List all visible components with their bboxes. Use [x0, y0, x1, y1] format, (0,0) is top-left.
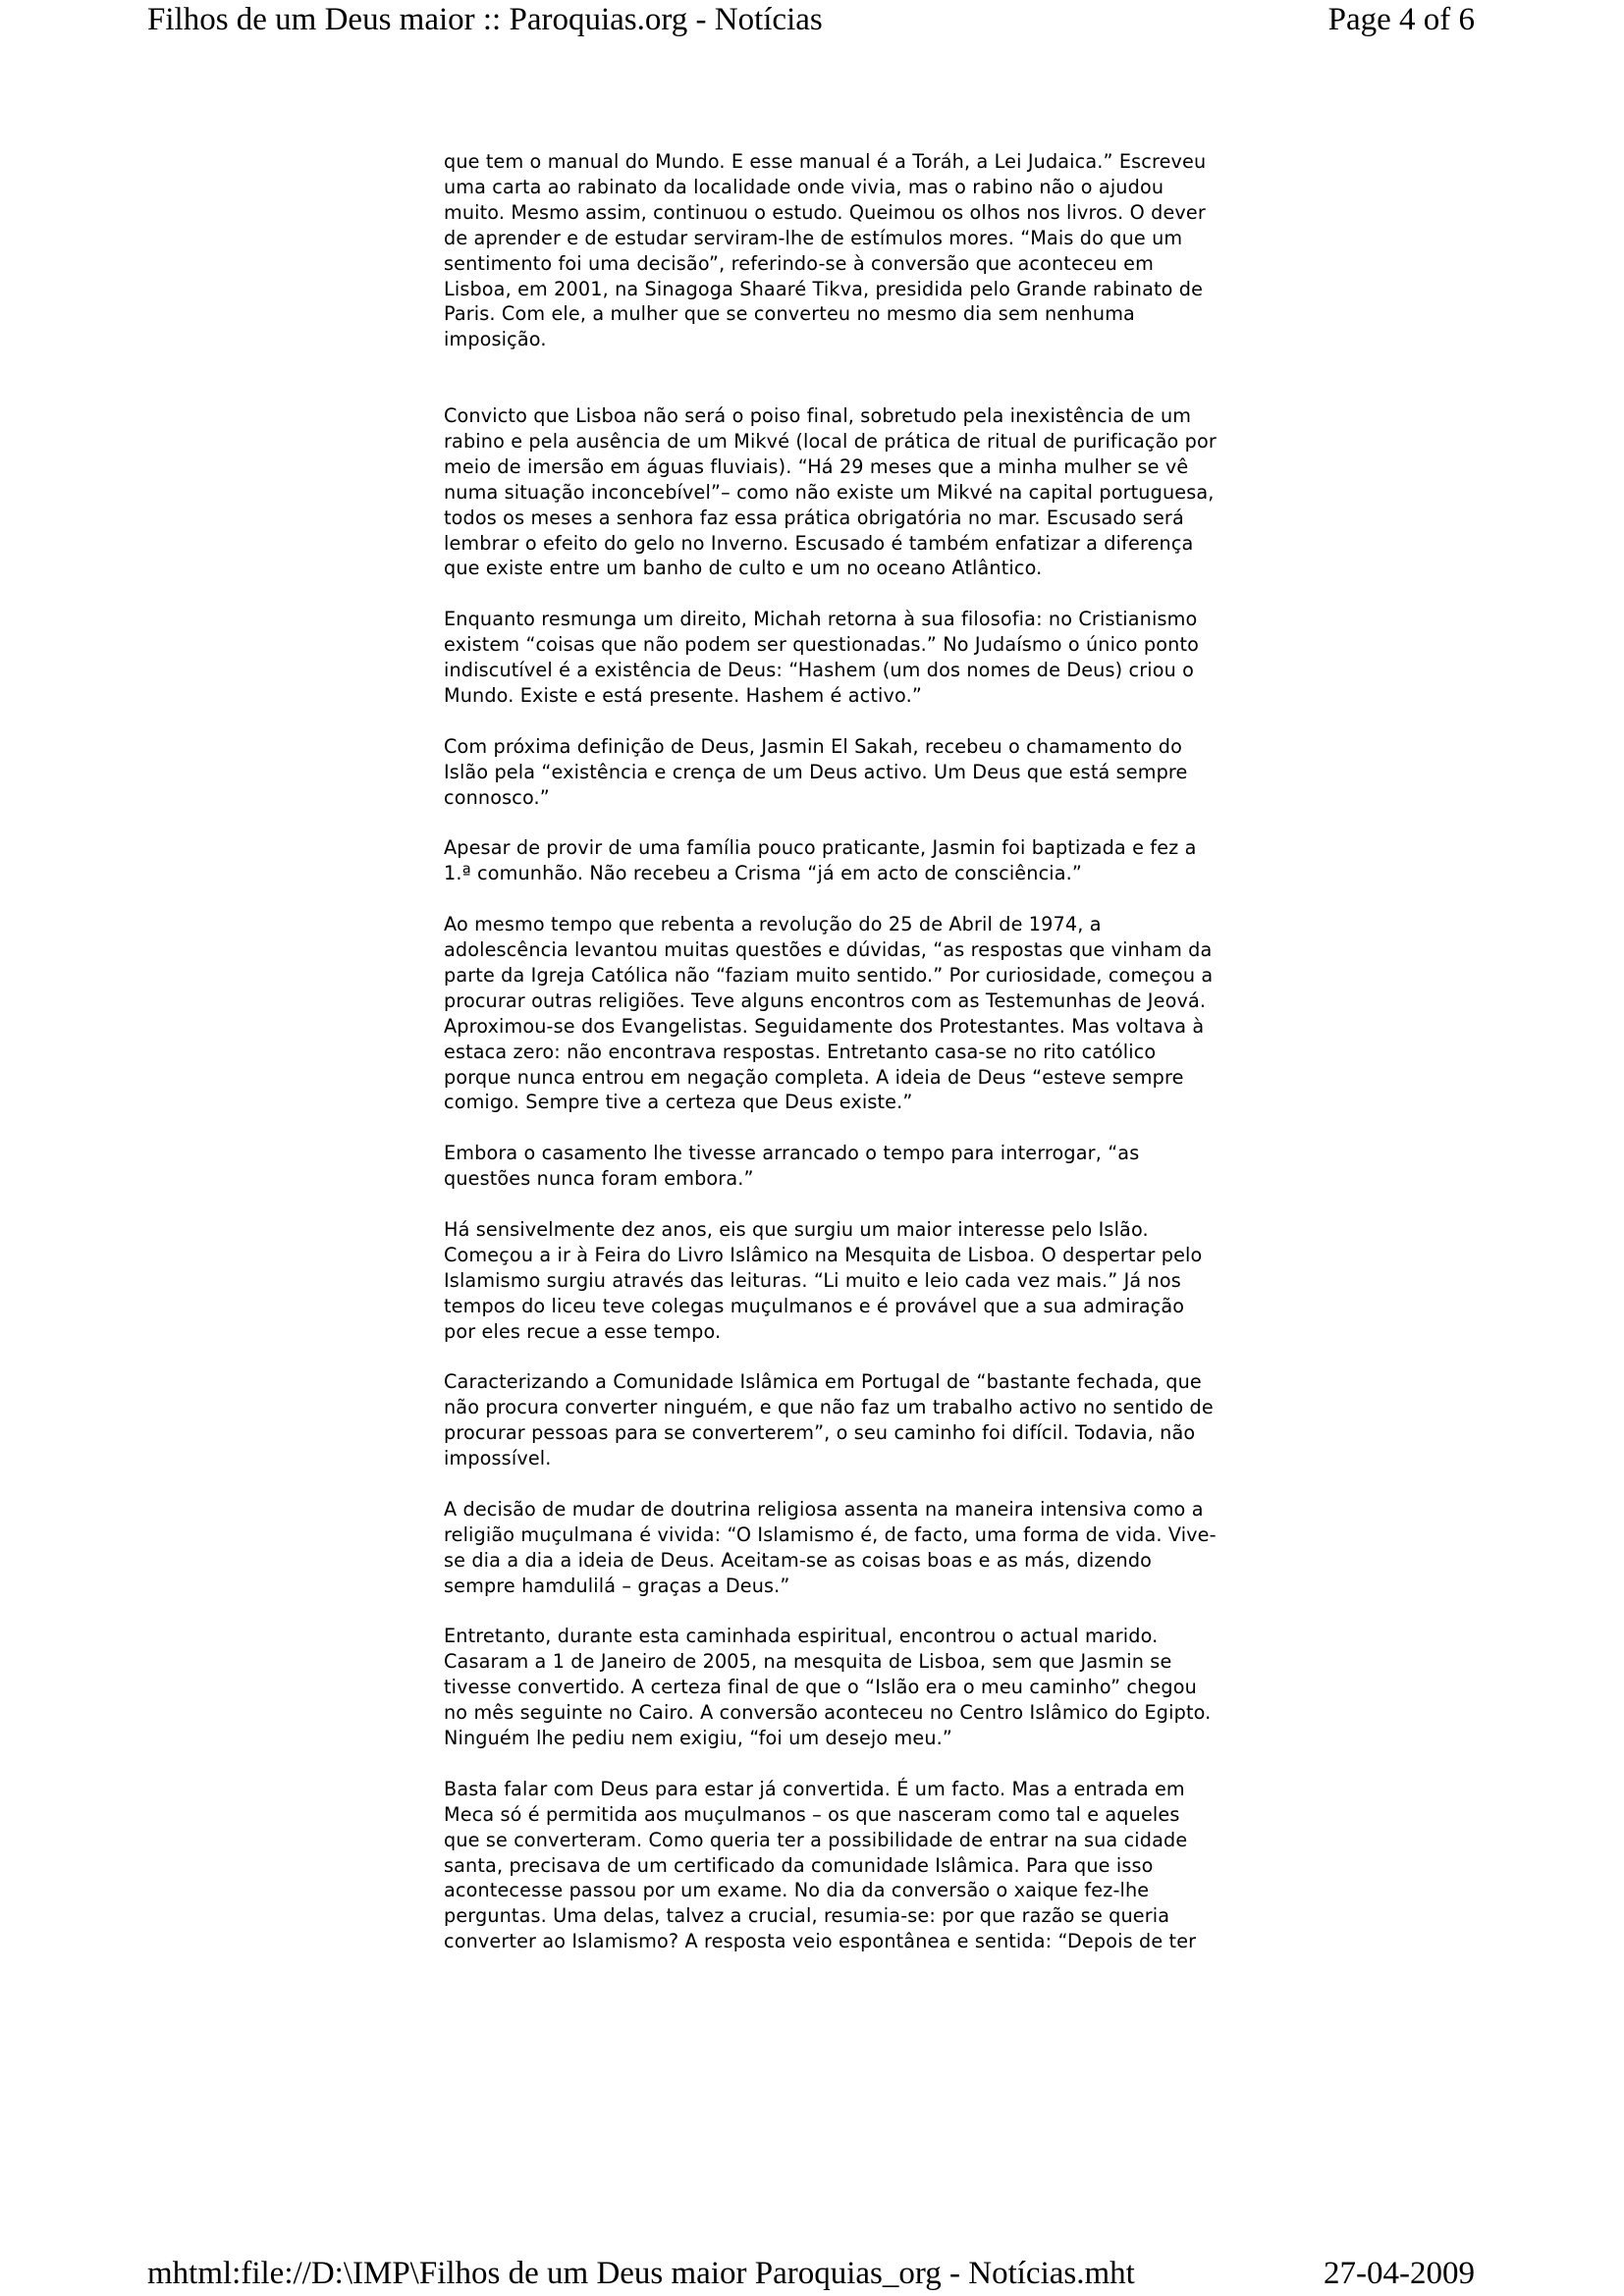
source-path: mhtml:file://D:\IMP\Filhos de um Deus ma… — [147, 2254, 1135, 2293]
paragraph: A decisão de mudar de doutrina religiosa… — [444, 1497, 1219, 1599]
paragraph: Enquanto resmunga um direito, Michah ret… — [444, 607, 1219, 709]
paragraph: que tem o manual do Mundo. E esse manual… — [444, 149, 1219, 352]
article-body: que tem o manual do Mundo. E esse manual… — [444, 149, 1219, 1980]
page-indicator: Page 4 of 6 — [1328, 0, 1475, 39]
paragraph: Caracterizando a Comunidade Islâmica em … — [444, 1369, 1219, 1471]
paragraph: Convicto que Lisboa não será o poiso fin… — [444, 403, 1219, 581]
document-title: Filhos de um Deus maior :: Paroquias.org… — [147, 0, 823, 39]
paragraph: Basta falar com Deus para estar já conve… — [444, 1777, 1219, 1954]
page-footer: mhtml:file://D:\IMP\Filhos de um Deus ma… — [147, 2254, 1475, 2293]
paragraph: Há sensivelmente dez anos, eis que surgi… — [444, 1217, 1219, 1345]
print-date: 27-04-2009 — [1324, 2254, 1475, 2293]
paragraph: Apesar de provir de uma família pouco pr… — [444, 835, 1219, 886]
paragraph: Ao mesmo tempo que rebenta a revolução d… — [444, 912, 1219, 1115]
paragraph: Embora o casamento lhe tivesse arrancado… — [444, 1141, 1219, 1192]
paragraph: Com próxima definição de Deus, Jasmin El… — [444, 734, 1219, 811]
page-header: Filhos de um Deus maior :: Paroquias.org… — [147, 0, 1475, 39]
paragraph: Entretanto, durante esta caminhada espir… — [444, 1624, 1219, 1751]
